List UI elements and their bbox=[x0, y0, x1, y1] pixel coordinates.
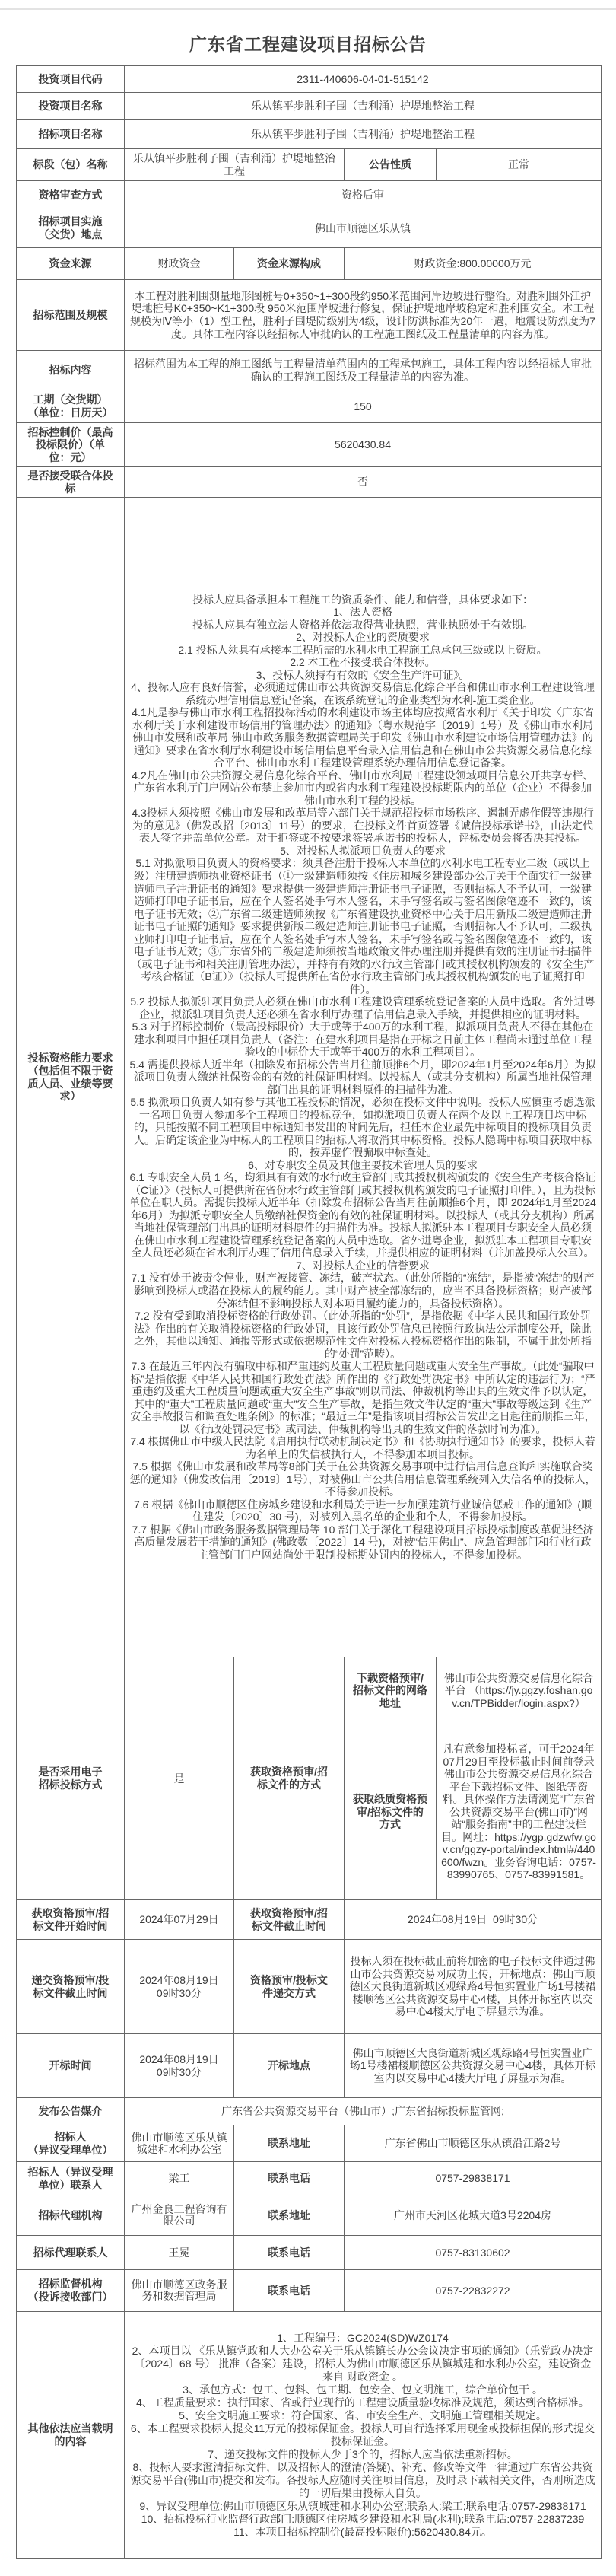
field-value-consortium: 否 bbox=[125, 467, 602, 498]
row-electronic-bidding: 是否采用电子 招标投标方式 是 获取资格预审/招 标文件的方式 下载资格预审/ … bbox=[17, 1657, 602, 1724]
row-tender-name: 招标项目名称 乐从镇平步胜利子围（吉利涌）护堤地整治工程 bbox=[17, 120, 602, 149]
row-tenderer: 招标人 （异议受理单位） 佛山市顺德区乐从镇城建和水利办公室 联系地址 广东省佛… bbox=[17, 2125, 602, 2162]
field-value-tender-content: 招标范围为本工程的施工图纸与工程量清单范围内的工程承包施工，具体工程内容以经招标… bbox=[125, 351, 602, 390]
field-label-notice-nature: 公告性质 bbox=[345, 149, 437, 181]
field-label-tender-content: 招标内容 bbox=[17, 351, 125, 390]
field-value-agency-contact: 王冕 bbox=[125, 2236, 234, 2270]
field-value-fund-source: 财政资金 bbox=[125, 248, 234, 280]
field-value-agency-phone: 0757-83130602 bbox=[345, 2236, 602, 2270]
field-label-qualification-review: 资格审查方式 bbox=[17, 181, 125, 209]
field-label-obtain-start-time: 获取资格预审/招 标文件开始时间 bbox=[17, 1900, 125, 1940]
row-tenderer-contact: 招标人（异议受理 单位）联系人 梁工 联系电话 0757-29838171 bbox=[17, 2162, 602, 2195]
row-scope: 招标范围及规模 本工程对胜利围测量地形图桩号0+350~1+300段约950米范… bbox=[17, 280, 602, 351]
field-value-bidder-qualification: 投标人应具备承担本工程施工的资质条件、能力和信誉，具体要求如下： 1、法人资格 … bbox=[125, 498, 602, 1657]
field-label-tenderer-contact: 招标人（异议受理 单位）联系人 bbox=[17, 2162, 125, 2195]
field-value-submit-method: 投标人须在投标截止前将加密的电子投标文件通过佛山市公共资源交易网成功上传，开标地… bbox=[345, 1940, 602, 2034]
field-label-delivery-place: 招标项目实施 （交货）地点 bbox=[17, 209, 125, 248]
row-price-ceiling: 招标控制价（最高 投标限价）（单 位：元） 5620430.84 bbox=[17, 423, 602, 467]
row-other-content: 其他依法应当载明 的内容 1、工程编号：GC2024(SD)WZ0174 2、本… bbox=[17, 2312, 602, 2559]
field-value-duration: 150 bbox=[125, 390, 602, 423]
field-label-agency-contact: 招标代理联系人 bbox=[17, 2236, 125, 2270]
page-title: 广东省工程建设项目招标公告 bbox=[0, 30, 616, 56]
field-value-announcement-media: 广东省公共资源交易平台（佛山市）;广东省招标投标监管网; bbox=[125, 2098, 602, 2125]
field-label-scope: 招标范围及规模 bbox=[17, 280, 125, 351]
field-label-tenderer-phone: 联系电话 bbox=[234, 2162, 345, 2195]
field-value-supervisor: 佛山市顺德区政务服务和数据管理局 bbox=[125, 2270, 234, 2312]
field-value-tenderer-phone: 0757-29838171 bbox=[345, 2162, 602, 2195]
row-project-code: 投资项目代码 2311-440606-04-01-515142 bbox=[17, 66, 602, 93]
field-label-submit-method: 资格预审/投标文 件递交方式 bbox=[234, 1940, 345, 2034]
field-value-notice-nature: 正常 bbox=[437, 149, 602, 181]
row-invest-name: 投资项目名称 乐从镇平步胜利子围（吉利涌）护堤地整治工程 bbox=[17, 93, 602, 120]
field-label-fund-source: 资金来源 bbox=[17, 248, 125, 280]
page-top-divider bbox=[0, 0, 616, 10]
field-value-supervisor-phone: 0757-22832272 bbox=[345, 2270, 602, 2312]
field-label-tenderer-address: 联系地址 bbox=[234, 2125, 345, 2162]
row-agency-contact: 招标代理联系人 王冕 联系电话 0757-83130602 bbox=[17, 2236, 602, 2270]
row-fund-source: 资金来源 财政资金 资金来源构成 财政资金:800.00000万元 bbox=[17, 248, 602, 280]
row-tender-content: 招标内容 招标范围为本工程的施工图纸与工程量清单范围内的工程承包施工，具体工程内… bbox=[17, 351, 602, 390]
field-label-other-content: 其他依法应当载明 的内容 bbox=[17, 2312, 125, 2559]
row-bid-opening: 开标时间 2024年08月19日 09时30分 开标地点 佛山市顺德区大良街道新… bbox=[17, 2034, 602, 2098]
field-label-agency: 招标代理机构 bbox=[17, 2195, 125, 2236]
field-label-announcement-media: 发布公告媒介 bbox=[17, 2098, 125, 2125]
field-value-project-code: 2311-440606-04-01-515142 bbox=[125, 66, 602, 93]
field-label-supervisor-phone: 联系电话 bbox=[234, 2270, 345, 2312]
field-value-invest-name: 乐从镇平步胜利子围（吉利涌）护堤地整治工程 bbox=[125, 93, 602, 120]
field-value-other-content: 1、工程编号：GC2024(SD)WZ0174 2、本项目以 《乐从镇党政和人大… bbox=[125, 2312, 602, 2559]
field-value-submit-deadline: 2024年08月19日 09时30分 bbox=[125, 1940, 234, 2034]
field-label-tender-name: 招标项目名称 bbox=[17, 120, 125, 149]
row-obtain-time: 获取资格预审/招 标文件开始时间 2024年07月29日 获取资格预审/招 标文… bbox=[17, 1900, 602, 1940]
field-label-supervisor: 招标监督机构 （投诉接收部门） bbox=[17, 2270, 125, 2312]
field-value-price-ceiling: 5620430.84 bbox=[125, 423, 602, 467]
field-label-agency-phone: 联系电话 bbox=[234, 2236, 345, 2270]
field-label-submit-deadline: 递交资格预审/投 标文件截止时间 bbox=[17, 1940, 125, 2034]
field-value-fund-composition: 财政资金:800.00000万元 bbox=[345, 248, 602, 280]
row-qualification-review: 资格审查方式 资格后审 bbox=[17, 181, 602, 209]
field-label-section-name: 标段（包）名称 bbox=[17, 149, 125, 181]
row-bidder-qualification: 投标资格能力要求 （包括但不限于资 质人员、业绩等要 求） 投标人应具备承担本工… bbox=[17, 498, 602, 1657]
field-value-download-url: 佛山市公共资源交易信息化综合平台 （https://jy.ggzy.foshan… bbox=[437, 1657, 602, 1724]
field-label-invest-name: 投资项目名称 bbox=[17, 93, 125, 120]
row-delivery-place: 招标项目实施 （交货）地点 佛山市顺德区乐从镇 bbox=[17, 209, 602, 248]
field-label-price-ceiling: 招标控制价（最高 投标限价）（单 位：元） bbox=[17, 423, 125, 467]
field-value-delivery-place: 佛山市顺德区乐从镇 bbox=[125, 209, 602, 248]
field-label-paper-method: 获取纸质资格预 审/招标文件的 方式 bbox=[345, 1724, 437, 1900]
field-value-paper-method: 凡有意参加投标者，可于2024年07月29日至投标截止时间前登录佛山市公共资源交… bbox=[437, 1724, 602, 1900]
row-consortium: 是否接受联合体投 标 否 bbox=[17, 467, 602, 498]
field-value-agency-address: 广州市天河区花城大道3号2204房 bbox=[345, 2195, 602, 2236]
field-label-download-url: 下载资格预审/ 招标文件的网络 地址 bbox=[345, 1657, 437, 1724]
field-label-opening-place: 开标地点 bbox=[234, 2034, 345, 2098]
field-value-tenderer-address: 广东省佛山市顺德区乐从镇沿江路2号 bbox=[345, 2125, 602, 2162]
field-label-agency-address: 联系地址 bbox=[234, 2195, 345, 2236]
row-submit-deadline: 递交资格预审/投 标文件截止时间 2024年08月19日 09时30分 资格预审… bbox=[17, 1940, 602, 2034]
field-value-agency: 广州金良工程咨询有限公司 bbox=[125, 2195, 234, 2236]
field-label-project-code: 投资项目代码 bbox=[17, 66, 125, 93]
field-value-scope: 本工程对胜利围测量地形图桩号0+350~1+300段约950米范围河岸边坡进行整… bbox=[125, 280, 602, 351]
field-label-bidder-qualification: 投标资格能力要求 （包括但不限于资 质人员、业绩等要 求） bbox=[17, 498, 125, 1657]
field-label-fund-composition: 资金来源构成 bbox=[234, 248, 345, 280]
field-value-qualification-review: 资格后审 bbox=[125, 181, 602, 209]
page-bottom-spacer bbox=[0, 2559, 616, 2574]
field-label-obtain-method: 获取资格预审/招 标文件的方式 bbox=[234, 1657, 345, 1900]
field-value-tenderer-contact: 梁工 bbox=[125, 2162, 234, 2195]
field-value-tender-name: 乐从镇平步胜利子围（吉利涌）护堤地整治工程 bbox=[125, 120, 602, 149]
field-label-consortium: 是否接受联合体投 标 bbox=[17, 467, 125, 498]
field-label-electronic-bidding: 是否采用电子 招标投标方式 bbox=[17, 1657, 125, 1900]
row-announcement-media: 发布公告媒介 广东省公共资源交易平台（佛山市）;广东省招标投标监管网; bbox=[17, 2098, 602, 2125]
row-supervisor: 招标监督机构 （投诉接收部门） 佛山市顺德区政务服务和数据管理局 联系电话 07… bbox=[17, 2270, 602, 2312]
field-value-tenderer: 佛山市顺德区乐从镇城建和水利办公室 bbox=[125, 2125, 234, 2162]
field-value-electronic-bidding: 是 bbox=[125, 1657, 234, 1900]
field-value-opening-place: 佛山市顺德区大良街道新城区观绿路4号恒实置业广场1号楼裙楼顺德区公共资源交易中心… bbox=[345, 2034, 602, 2098]
field-label-obtain-deadline: 获取资格预审/招 标文件截止时间 bbox=[234, 1900, 345, 1940]
field-label-duration: 工期（交货期） （单位：日历天） bbox=[17, 390, 125, 423]
field-value-obtain-start-time: 2024年07月29日 bbox=[125, 1900, 234, 1940]
field-label-tenderer: 招标人 （异议受理单位） bbox=[17, 2125, 125, 2162]
row-section-name: 标段（包）名称 乐从镇平步胜利子围（吉利涌）护堤地整治工程 公告性质 正常 bbox=[17, 149, 602, 181]
field-value-obtain-deadline: 2024年08月19日 09时30分 bbox=[345, 1900, 602, 1940]
row-agency: 招标代理机构 广州金良工程咨询有限公司 联系地址 广州市天河区花城大道3号220… bbox=[17, 2195, 602, 2236]
row-duration: 工期（交货期） （单位：日历天） 150 bbox=[17, 390, 602, 423]
field-label-opening-time: 开标时间 bbox=[17, 2034, 125, 2098]
tender-announcement-table: 投资项目代码 2311-440606-04-01-515142 投资项目名称 乐… bbox=[16, 65, 602, 2559]
field-value-opening-time: 2024年08月19日 09时30分 bbox=[125, 2034, 234, 2098]
field-value-section-name: 乐从镇平步胜利子围（吉利涌）护堤地整治工程 bbox=[125, 149, 345, 181]
